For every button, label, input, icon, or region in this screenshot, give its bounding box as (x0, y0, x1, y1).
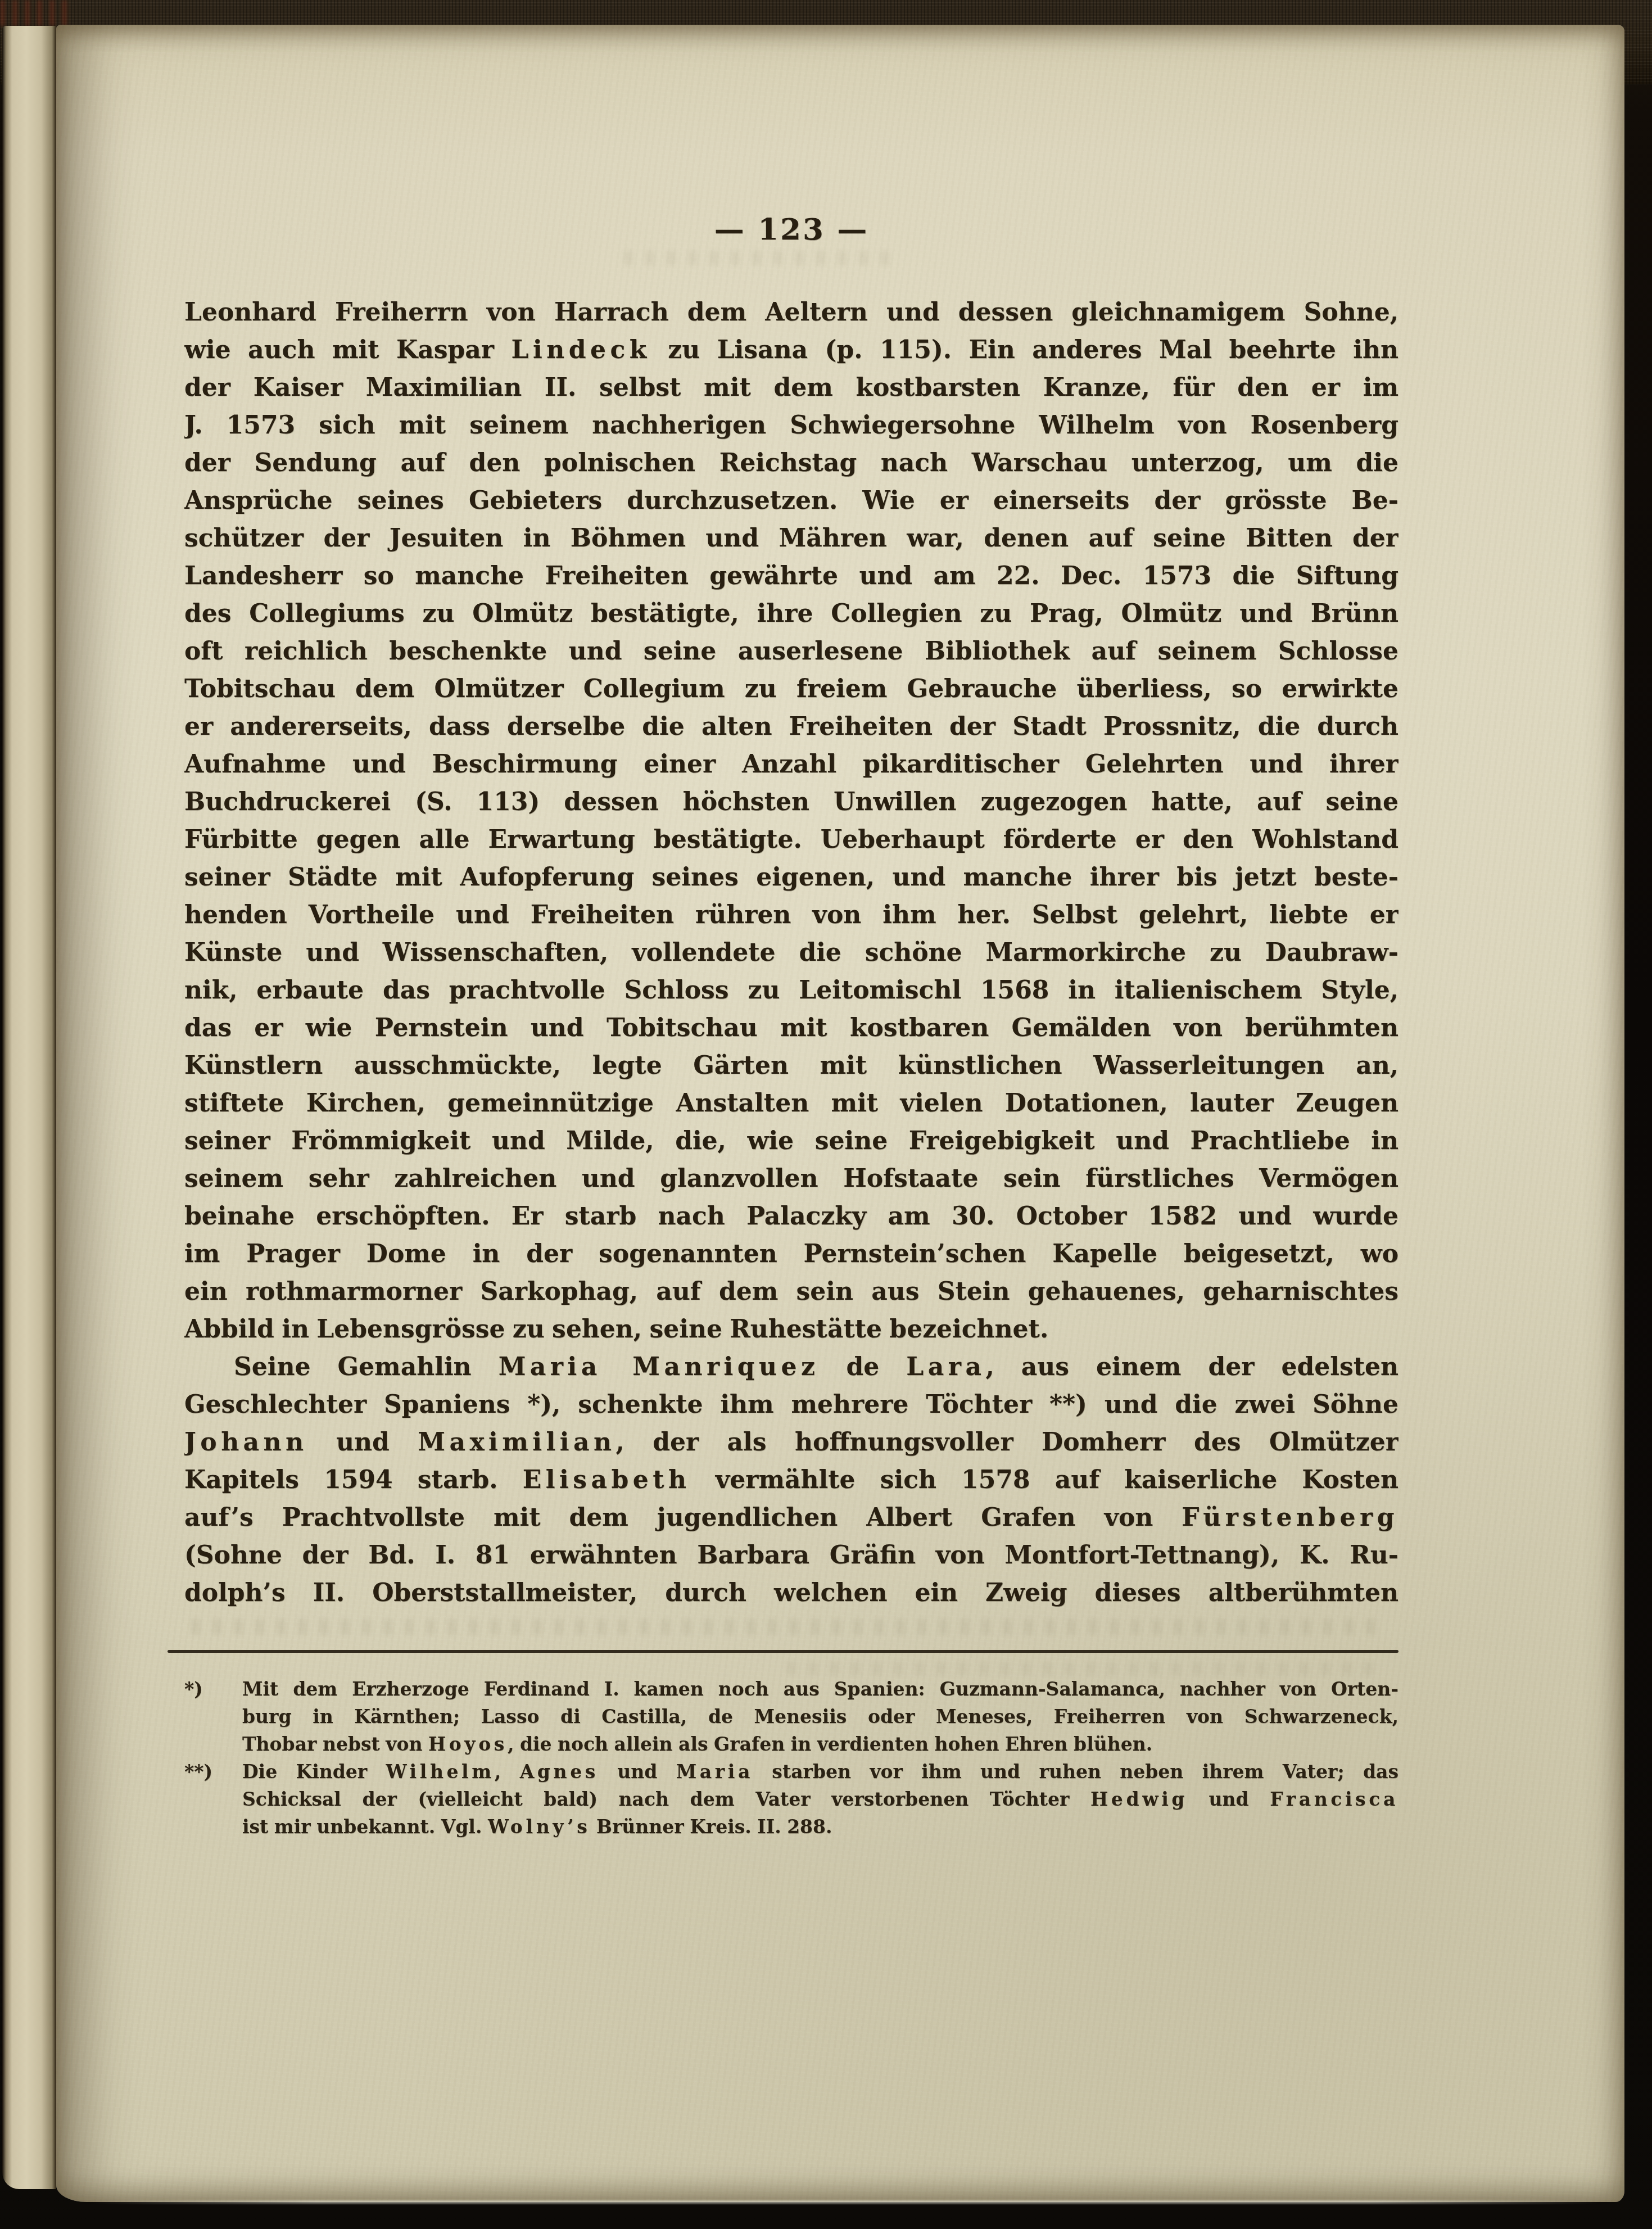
ink-bleed-artifact (624, 251, 894, 265)
text-line: der Kaiser Maximilian II. selbst mit dem… (184, 369, 1398, 406)
text-line: seiner Frömmigkeit und Milde, die, wie s… (184, 1122, 1398, 1160)
page-number-header: — 123 — (184, 211, 1398, 247)
text-line: das er wie Pernstein und Tobitschau mit … (184, 1009, 1398, 1047)
text-line: Ansprüche seines Gebieters durchzusetzen… (184, 482, 1398, 519)
text-line: Seine Gemahlin Maria Manriquez de Lara, … (184, 1348, 1398, 1386)
ink-bleed-artifact (787, 1662, 1377, 1675)
text-line: Geschlechter Spaniens *), schenkte ihm m… (184, 1386, 1398, 1423)
text-line: schützer der Jesuiten in Böhmen und Mähr… (184, 519, 1398, 557)
text-line: Buchdruckerei (S. 113) dessen höchsten U… (184, 783, 1398, 821)
cover-mark (0, 0, 67, 26)
footnote-line: ist mir unbekannt. Vgl. Wolny’s Brünner … (184, 1813, 1398, 1841)
ink-bleed-artifact (191, 1619, 1383, 1635)
footnote-line: Schicksal der (vielleicht bald) nach dem… (184, 1785, 1398, 1813)
text-line: dolph’s II. Oberststallmeister, durch we… (184, 1574, 1398, 1612)
footnote: **)Die Kinder Wilhelm, Agnes und Maria s… (184, 1758, 1398, 1841)
footnote-marker: **) (184, 1758, 242, 1785)
text-line: Abbild in Lebensgrösse zu sehen, seine R… (184, 1310, 1398, 1348)
text-line: seiner Städte mit Aufopferung seines eig… (184, 858, 1398, 896)
text-line: oft reichlich beschenkte und seine auser… (184, 632, 1398, 670)
text-line: Kapitels 1594 starb. Elisabeth vermählte… (184, 1461, 1398, 1499)
text-line: Fürbitte gegen alle Erwartung bestätigte… (184, 821, 1398, 858)
text-line: J. 1573 sich mit seinem nachherigen Schw… (184, 406, 1398, 444)
footnote-line: burg in Kärnthen; Lasso di Castilla, de … (184, 1703, 1398, 1730)
footnote-line: *)Mit dem Erzherzoge Ferdinand I. kamen … (184, 1675, 1398, 1703)
footnotes: *)Mit dem Erzherzoge Ferdinand I. kamen … (184, 1675, 1398, 1841)
text-line: ein rothmarmorner Sarkophag, auf dem sei… (184, 1273, 1398, 1310)
text-line: wie auch mit Kaspar Lindeck zu Lisana (p… (184, 331, 1398, 369)
text-line: stiftete Kirchen, gemeinnützige Anstalte… (184, 1084, 1398, 1122)
body-text: Leonhard Freiherrn von Harrach dem Aelte… (184, 293, 1398, 1612)
text-line: der Sendung auf den polnischen Reichstag… (184, 444, 1398, 482)
text-line: Tobitschau dem Olmützer Collegium zu fre… (184, 670, 1398, 708)
text-line: Leonhard Freiherrn von Harrach dem Aelte… (184, 293, 1398, 331)
footnote: *)Mit dem Erzherzoge Ferdinand I. kamen … (184, 1675, 1398, 1758)
text-line: des Collegiums zu Olmütz bestätigte, ihr… (184, 595, 1398, 632)
text-line: seinem sehr zahlreichen und glanzvollen … (184, 1160, 1398, 1197)
previous-page-edge (2, 26, 56, 2189)
text-line: Künstlern ausschmückte, legte Gärten mit… (184, 1047, 1398, 1084)
text-line: im Prager Dome in der sogenannten Pernst… (184, 1235, 1398, 1273)
text-line: Künste und Wissenschaften, vollendete di… (184, 934, 1398, 971)
text-line: beinahe erschöpften. Er starb nach Palac… (184, 1197, 1398, 1235)
footnote-separator (168, 1650, 1398, 1653)
text-line: (Sohne der Bd. I. 81 erwähnten Barbara G… (184, 1536, 1398, 1574)
text-line: nik, erbaute das prachtvolle Schloss zu … (184, 971, 1398, 1009)
footnote-line: **)Die Kinder Wilhelm, Agnes und Maria s… (184, 1758, 1398, 1785)
text-line: Aufnahme und Beschirmung einer Anzahl pi… (184, 745, 1398, 783)
footnote-line: Thobar nebst von Hoyos, die noch allein … (184, 1730, 1398, 1758)
text-line: er andererseits, dass derselbe die alten… (184, 708, 1398, 745)
text-line: henden Vortheile und Freiheiten rühren v… (184, 896, 1398, 934)
footnote-marker: *) (184, 1675, 242, 1703)
book-page: — 123 — Leonhard Freiherrn von Harrach d… (56, 25, 1624, 2202)
text-line: Landesherr so manche Freiheiten gewährte… (184, 557, 1398, 595)
text-line: auf’s Prachtvollste mit dem jugendlichen… (184, 1499, 1398, 1536)
text-line: Johann und Maximilian, der als hoffnungs… (184, 1423, 1398, 1461)
